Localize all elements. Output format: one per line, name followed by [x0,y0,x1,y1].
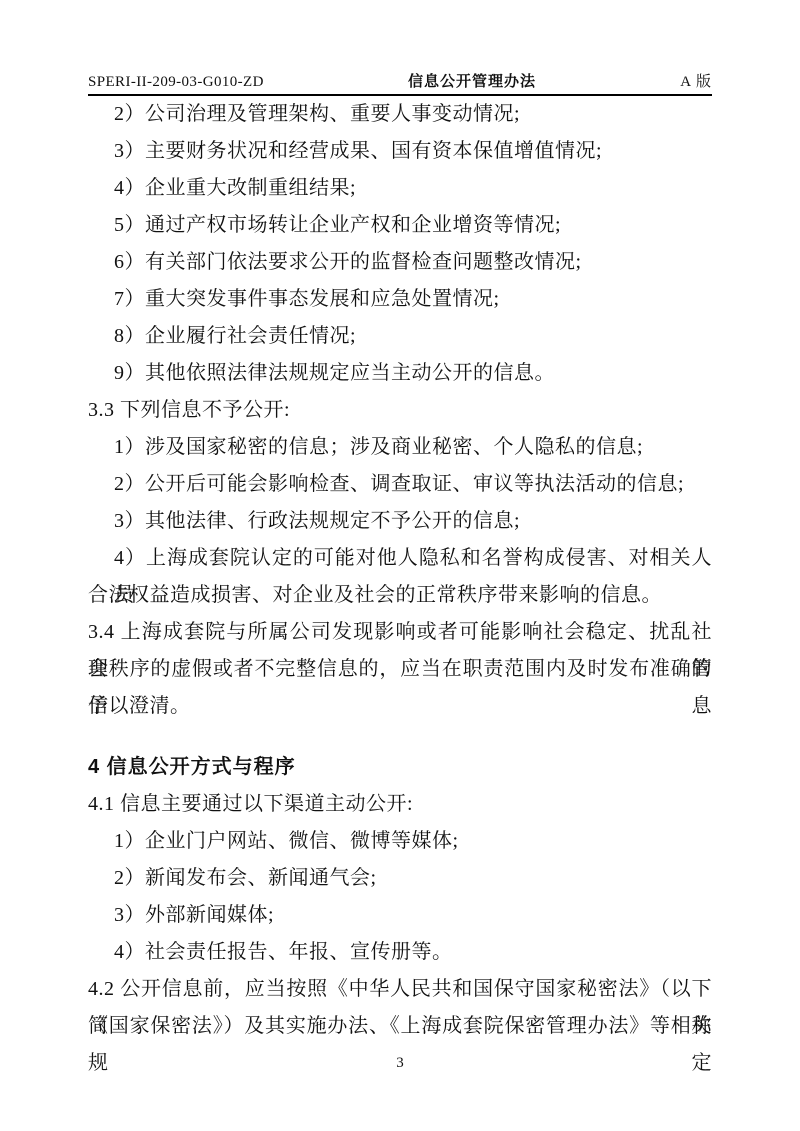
text-line: 2）新闻发布会、新闻通气会; [88,860,712,897]
text-line: 4 信息公开方式与程序 [88,749,712,786]
text-line: 《国家保密法》）及其实施办法、《上海成套院保密管理办法》等相关规定 [88,1008,712,1045]
text-line: 5）通过产权市场转让企业产权和企业增资等情况; [88,207,712,244]
text-line: 合法权益造成损害、对企业及社会的正常秩序带来影响的信息。 [88,577,712,614]
document-title: 信息公开管理办法 [408,70,536,94]
text-line: 6）有关部门依法要求公开的监督检查问题整改情况; [88,244,712,281]
text-line: 1）企业门户网站、微信、微博等媒体; [88,823,712,860]
text-line: 3）其他法律、行政法规规定不予公开的信息; [88,503,712,540]
page-header: SPERI-II-209-03-G010-ZD 信息公开管理办法 A 版 [88,68,712,96]
text-line: 4.1 信息主要通过以下渠道主动公开: [88,786,712,823]
text-line: 4）企业重大改制重组结果; [88,170,712,207]
document-body: 2）公司治理及管理架构、重要人事变动情况;3）主要财务状况和经营成果、国有资本保… [88,96,712,1045]
text-line: 4）上海成套院认定的可能对他人隐私和名誉构成侵害、对相关人员 [88,540,712,577]
text-line: 理秩序的虚假或者不完整信息的，应当在职责范围内及时发布准确的信息 [88,651,712,688]
text-line: 3.3 下列信息不予公开: [88,392,712,429]
text-line: 3）外部新闻媒体; [88,897,712,934]
text-line: 1）涉及国家秘密的信息；涉及商业秘密、个人隐私的信息; [88,429,712,466]
text-line: 2）公开后可能会影响检查、调查取证、审议等执法活动的信息; [88,466,712,503]
document-code: SPERI-II-209-03-G010-ZD [88,70,264,94]
text-line [88,725,712,749]
text-line: 3）主要财务状况和经营成果、国有资本保值增值情况; [88,133,712,170]
text-line: 7）重大突发事件事态发展和应急处置情况; [88,281,712,318]
document-page: SPERI-II-209-03-G010-ZD 信息公开管理办法 A 版 2）公… [0,0,800,1131]
page-footer: 3 [0,1048,800,1078]
text-line: 4）社会责任报告、年报、宣传册等。 [88,934,712,971]
text-line: 4.2 公开信息前，应当按照《中华人民共和国保守国家秘密法》（以下简称 [88,971,712,1008]
text-line: 8）企业履行社会责任情况; [88,318,712,355]
text-line: 9）其他依照法律法规规定应当主动公开的信息。 [88,355,712,392]
text-line: 3.4 上海成套院与所属公司发现影响或者可能影响社会稳定、扰乱社会管 [88,614,712,651]
document-version: A 版 [680,70,712,94]
text-line: 2）公司治理及管理架构、重要人事变动情况; [88,96,712,133]
page-number: 3 [396,1055,404,1071]
